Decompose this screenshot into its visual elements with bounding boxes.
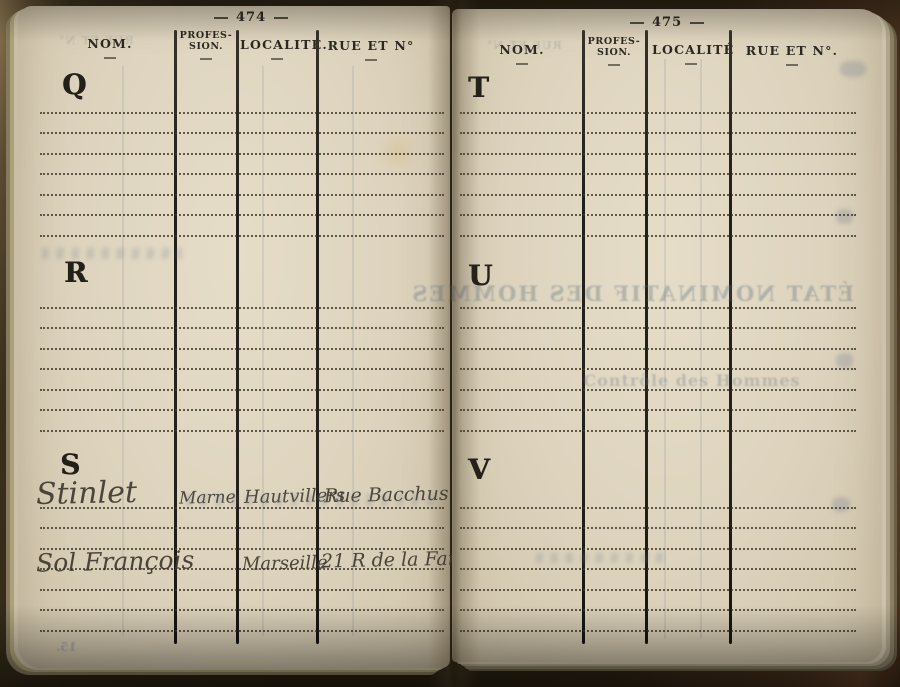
column-header-localite-label: LOCALITÉ. bbox=[240, 37, 314, 52]
dotted-rule-line bbox=[460, 548, 856, 550]
dotted-rule-line bbox=[460, 235, 856, 237]
column-header-rue-label: RUE ET N° bbox=[323, 38, 419, 53]
paper-stain bbox=[374, 134, 420, 170]
bleed-handwriting-smudge bbox=[42, 248, 182, 259]
dotted-rule-line bbox=[40, 430, 444, 432]
entry-rue: Rue Bacchus bbox=[324, 483, 449, 508]
dotted-rule-line bbox=[40, 194, 444, 196]
column-header-profession-top: PROFES- bbox=[586, 36, 642, 47]
dotted-rule-line bbox=[460, 609, 856, 611]
entry-profession: Marne bbox=[179, 487, 236, 508]
dotted-rule-line bbox=[40, 389, 444, 391]
dotted-rule-line bbox=[460, 194, 856, 196]
dotted-rule-line bbox=[460, 327, 856, 329]
column-header-nom-label: NOM. bbox=[60, 36, 160, 51]
dotted-rule-line bbox=[40, 153, 444, 155]
dotted-rule-line bbox=[460, 153, 856, 155]
page-right: 475 RUE ET N° NOM. PROFES- SION. LOCALIT… bbox=[452, 9, 882, 662]
dotted-rule-line bbox=[460, 132, 856, 134]
page-number-right-value: 475 bbox=[652, 15, 682, 30]
bleed-subtitle-ghost: Contrôle des Hommes bbox=[557, 371, 827, 390]
section-letter-q: Q bbox=[62, 68, 86, 101]
dotted-rule-line bbox=[460, 368, 856, 370]
header-underline bbox=[608, 64, 620, 66]
dotted-rule-line bbox=[460, 589, 856, 591]
dotted-rule-line bbox=[40, 630, 444, 632]
dotted-rule-line bbox=[460, 507, 856, 509]
dotted-rule-line bbox=[460, 307, 856, 309]
dotted-rule-line bbox=[460, 630, 856, 632]
dotted-rule-line bbox=[460, 568, 856, 570]
page-number-right: 475 bbox=[630, 15, 704, 30]
header-underline bbox=[685, 63, 697, 65]
dotted-rule-line bbox=[460, 112, 856, 114]
page-number-dash bbox=[630, 22, 644, 24]
column-rule bbox=[236, 30, 239, 644]
page-number-dash bbox=[274, 17, 288, 19]
column-header-localite: LOCALITÉ. bbox=[240, 37, 314, 60]
dotted-rule-line bbox=[40, 307, 444, 309]
dotted-rule-line bbox=[40, 589, 444, 591]
column-header-profession: PROFES- SION. bbox=[586, 36, 642, 66]
dotted-rule-line bbox=[460, 348, 856, 350]
dotted-rule-line bbox=[460, 409, 856, 411]
dotted-rule-line bbox=[460, 214, 856, 216]
dotted-rule-line bbox=[40, 609, 444, 611]
column-header-profession-bottom: SION. bbox=[586, 47, 642, 58]
dotted-rule-line bbox=[40, 173, 444, 175]
bleed-letter-mark bbox=[832, 497, 850, 512]
section-letter-r: R bbox=[64, 256, 87, 289]
page-number-dash bbox=[214, 17, 228, 19]
page-number-dash bbox=[690, 22, 704, 24]
section-letter-t: T bbox=[468, 71, 489, 104]
dotted-rule-line bbox=[40, 527, 444, 529]
bleed-line bbox=[262, 66, 264, 636]
column-header-rue: RUE ET N°. bbox=[742, 43, 842, 66]
dotted-rule-line bbox=[40, 327, 444, 329]
entry-nom: Sol François bbox=[36, 545, 195, 577]
column-header-profession-top: PROFES- bbox=[178, 30, 234, 41]
page-left: 474 RUE ET N° NOM. PROFES- SION. LOCALIT… bbox=[18, 6, 450, 668]
dotted-rule-line bbox=[40, 568, 444, 570]
column-rule bbox=[645, 30, 648, 644]
dotted-rule-line bbox=[40, 368, 444, 370]
dotted-rule-line bbox=[40, 348, 444, 350]
header-underline bbox=[271, 58, 283, 60]
dotted-rule-line bbox=[40, 112, 444, 114]
bleed-letter-mark bbox=[836, 353, 853, 368]
column-header-rue-label: RUE ET N°. bbox=[742, 43, 842, 58]
header-underline bbox=[786, 64, 798, 66]
dotted-rule-line bbox=[460, 389, 856, 391]
bleed-letter-mark bbox=[836, 209, 853, 224]
page-number-left: 474 bbox=[214, 10, 288, 25]
dotted-rule-line bbox=[460, 430, 856, 432]
dotted-rule-line bbox=[40, 214, 444, 216]
column-header-nom: NOM. bbox=[474, 42, 570, 65]
column-header-localite-label: LOCALITÉ bbox=[652, 42, 730, 57]
bleed-title-ghost: ÉTAT NOMINATIF DES HOMMES bbox=[464, 281, 854, 306]
header-underline bbox=[104, 57, 116, 59]
section-letter-u: U bbox=[468, 259, 492, 292]
corner-signature-mark: 15. bbox=[56, 640, 77, 654]
column-rule bbox=[729, 30, 732, 644]
header-underline bbox=[200, 58, 212, 60]
column-header-rue: RUE ET N° bbox=[323, 38, 419, 61]
column-header-profession-bottom: SION. bbox=[178, 41, 234, 52]
header-underline bbox=[516, 63, 528, 65]
dotted-rule-line bbox=[40, 409, 444, 411]
column-rule bbox=[582, 30, 585, 644]
column-header-nom: NOM. bbox=[60, 36, 160, 59]
section-letter-v: V bbox=[468, 453, 490, 486]
bleed-letter-mark bbox=[840, 61, 866, 77]
page-number-left-value: 474 bbox=[236, 10, 266, 25]
dotted-rule-line bbox=[40, 507, 444, 509]
dotted-rule-line bbox=[460, 527, 856, 529]
dotted-rule-line bbox=[40, 548, 444, 550]
dotted-rule-line bbox=[460, 173, 856, 175]
column-header-profession: PROFES- SION. bbox=[178, 30, 234, 60]
column-header-nom-label: NOM. bbox=[474, 42, 570, 57]
address-book-scan: 474 RUE ET N° NOM. PROFES- SION. LOCALIT… bbox=[0, 0, 900, 687]
dotted-rule-line bbox=[40, 132, 444, 134]
header-underline bbox=[365, 59, 377, 61]
dotted-rule-line bbox=[40, 235, 444, 237]
entry-localite: Marseille bbox=[242, 552, 328, 575]
